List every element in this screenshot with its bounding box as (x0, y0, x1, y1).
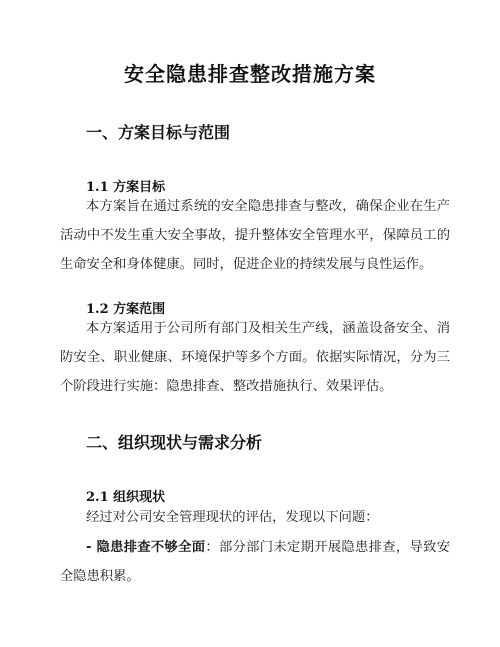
document-title: 安全隐患排查整改措施方案 (0, 58, 500, 87)
paragraph-2-1: 经过对公司安全管理现状的评估，发现以下问题： (60, 503, 450, 532)
section-heading-1: 一、方案目标与范围 (86, 120, 230, 143)
bullet-item: - 隐患排查不够全面：部分部门未定期开展隐患排查，导致安全隐患积累。 (60, 533, 450, 591)
section-heading-2: 二、组织现状与需求分析 (86, 430, 262, 453)
document-page: 安全隐患排查整改措施方案 一、方案目标与范围 1.1 方案目标 本方案旨在通过系… (0, 0, 500, 647)
paragraph-1-2: 本方案适用于公司所有部门及相关生产线，涵盖设备安全、消防安全、职业健康、环境保护… (60, 314, 450, 401)
bullet-label: - 隐患排查不够全面 (86, 540, 205, 555)
paragraph-1-1: 本方案旨在通过系统的安全隐患排查与整改，确保企业在生产活动中不发生重大安全事故，… (60, 192, 450, 279)
